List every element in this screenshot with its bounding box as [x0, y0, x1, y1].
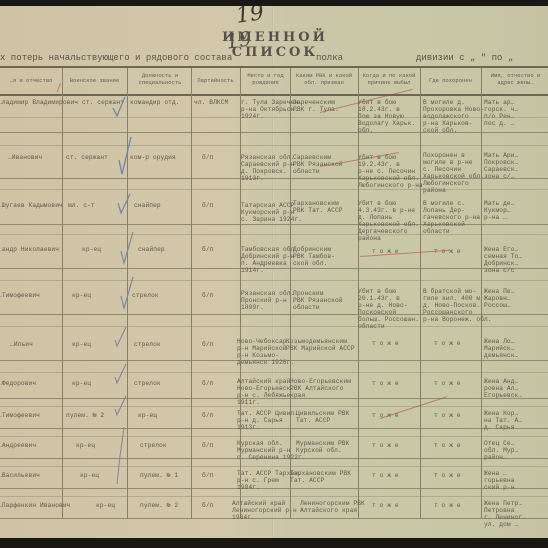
cell-rank: кр-ец: [76, 442, 95, 449]
cell-rank: кр-ец: [80, 472, 99, 479]
col-rule: [420, 68, 421, 518]
cell-buried: т о ж е: [434, 412, 461, 419]
checkmark-icon: [120, 231, 134, 265]
cell-draft: Цивильским РВК Тат. АССР: [296, 410, 349, 424]
cell-rank: мл. с-т: [68, 202, 95, 209]
cell-spouse: Мать де… Кукмор… р-на …: [484, 200, 515, 221]
cell-party: чл. ВЛКСМ: [194, 99, 228, 106]
cell-birth: Алтайский край Ново-Егорьевск. р-н с. Ле…: [237, 378, 294, 406]
cell-birth: Рязанская обл. Пронский р-н 1899г.: [241, 290, 294, 311]
cell-spouse: Жена … горьевна ский р-н: [484, 470, 515, 491]
cell-name: …Федорович: [0, 380, 36, 387]
cell-spouse: Жена Анд… ровна Ал… Егорьевск…: [484, 378, 522, 399]
cell-party: б/п: [202, 246, 213, 253]
cell-rank: пулем. № 2: [66, 412, 104, 419]
cell-when-why: т о ж е: [372, 380, 399, 387]
cell-position: стрелок: [132, 292, 159, 299]
cell-spouse: Жена Пе… Жаровн… Россош…: [484, 288, 515, 309]
row-rule: [0, 496, 548, 497]
cell-when-why: т о ж е: [372, 442, 399, 449]
cell-when-why: т о ж е: [372, 472, 399, 479]
checkmark-icon: [118, 136, 132, 176]
cell-when-why: Убит в бою 20.1.43г. в р-не д. Ново- Пос…: [358, 288, 419, 330]
cell-party: б/п: [202, 202, 213, 209]
cell-rank: кр-ец: [96, 502, 115, 509]
cell-buried: В братской мо- гиле кил. 400 м д. Ново-П…: [423, 288, 492, 323]
cell-name: …ладимир Владимирович: [0, 99, 78, 106]
cell-name: …Тимофеевич: [0, 292, 40, 299]
cell-name: …Тимофеевич: [0, 412, 40, 419]
row-rule: [0, 280, 548, 281]
table-top-rule: [0, 66, 548, 68]
cell-rank: кр-ец: [82, 246, 101, 253]
cell-party: б/п: [202, 154, 213, 161]
row-rule: [0, 372, 548, 373]
cell-rank: кр-ец: [72, 380, 91, 387]
cell-position: пулем. № 1: [140, 472, 178, 479]
cell-buried: т о ж е: [434, 340, 461, 347]
row-rule: [0, 145, 548, 146]
cell-name: …Иванович: [8, 154, 42, 161]
cell-name: …андр Николаевич: [0, 246, 59, 253]
checkmark-icon: [114, 395, 128, 417]
cell-position: командир отд.: [130, 99, 180, 106]
header-buried: Где похоронен: [420, 77, 481, 84]
document-sheet: 19 19 ИМЕННОЙ СПИСОК х потерь начальству…: [0, 6, 548, 538]
cell-party: б/п: [202, 502, 213, 509]
cell-party: б/п: [202, 292, 213, 299]
cell-position: кр-ец: [138, 412, 157, 419]
cell-buried: т о ж е: [434, 472, 461, 479]
cell-draft: Лениногорским РВК Алтайского края: [300, 500, 365, 514]
cell-spouse: Жена Петр… Петровна г. Лениног… ул. дом …: [484, 500, 526, 528]
cell-draft: Сараевским РВК Рязанской области: [293, 154, 343, 175]
cell-name: …Парфенкин Иванович: [0, 502, 70, 509]
cell-position: снайпер: [134, 202, 161, 209]
cell-draft: Мурманским РВК Курской обл.: [296, 440, 349, 454]
cell-when-why: т о ж е: [372, 502, 399, 509]
cell-name: …Андреевич: [0, 442, 36, 449]
row-rule: [0, 466, 548, 467]
cell-spouse: Жена Кор… на Тат. А… д. Сарья: [484, 410, 522, 431]
cell-rank: кр-ец: [72, 292, 91, 299]
header-position: Должность и специальность: [130, 72, 190, 86]
cell-buried: В могиле с. Лопань Дер- гачевского р-на …: [423, 200, 480, 235]
header-draft: Каким РВК и какой обл. призван: [292, 72, 356, 86]
cell-position: пулем. № 2: [140, 502, 178, 509]
cell-draft: Тархановским РВК Тат. АССР: [293, 200, 343, 214]
cell-draft: Ново-Егорьевским РВК Алтайского края: [290, 378, 351, 399]
row-rule: [0, 406, 548, 407]
cell-buried: В могиле д. Прохоровка Ново- водолажског…: [423, 99, 484, 134]
header-spouse: Имя, отчество и адрес жены…: [483, 72, 548, 86]
folio-number: 19: [234, 6, 265, 29]
cell-draft: Зареченским РВК г. Тула.: [293, 99, 339, 113]
cell-name: …Шугаев Кадымович: [0, 202, 63, 209]
cell-draft: Пронским РВК Рязанской области: [293, 290, 343, 311]
row-rule: [0, 436, 548, 437]
cell-position: стрелок: [140, 442, 167, 449]
cell-buried: т о ж е: [434, 502, 461, 509]
header-name: …я и отчество: [0, 77, 62, 84]
cell-rank: ст. сержант: [66, 154, 108, 161]
subtitle-losses: х потерь начальствующего и рядового сост…: [0, 53, 232, 63]
header-bottom-rule: [0, 94, 548, 96]
cell-birth: Тат. АССР Цивил. р-н д. Сарья 1913г.: [237, 410, 298, 431]
cell-party: б/п: [202, 412, 213, 419]
cell-when-why: Убит в бою 19.2.43г. в р-не с. Песочин Х…: [358, 154, 423, 189]
cell-rank: кр-ец: [72, 341, 91, 348]
cell-spouse: Жена Ло… Марийск… демьянск…: [484, 338, 518, 359]
pencil-stroke: [114, 426, 128, 486]
cell-spouse: Мать ар… горск. ч… п/о Рен… пос д. …: [484, 99, 518, 127]
cell-draft: Добринским РВК Тамбов- ской обл.: [293, 246, 335, 267]
cell-buried: т о ж е: [434, 380, 461, 387]
checkmark-icon: [114, 363, 128, 385]
cell-buried: т о ж е: [434, 442, 461, 449]
row-rule: [0, 326, 548, 327]
checkmark-icon: [112, 96, 126, 118]
cell-position: снайпер: [138, 246, 165, 253]
header-party: Партийность: [191, 77, 240, 84]
cell-spouse: Жена Его… семная То… Добринск… зона с/с: [484, 246, 522, 274]
cell-name: …Ильич: [10, 341, 33, 348]
red-pencil-mark: [57, 83, 61, 93]
header-when-why: Когда и по какой причине выбыл: [360, 72, 418, 86]
cell-spouse: Мать Ари… Покровск… Сараевск… зона с/…: [484, 152, 518, 180]
checkmark-icon: [114, 326, 128, 348]
checkmark-icon: [117, 193, 131, 215]
col-rule: [191, 68, 192, 518]
cell-position: стрелок: [134, 380, 161, 387]
cell-position: ком-р орудия: [130, 154, 176, 161]
cell-when-why: Убит в бою 4.3.43г. в р-не д. Лопань Хар…: [358, 200, 419, 242]
col-rule: [62, 68, 63, 518]
cell-buried: Похоронен в могиле в р-не с. Песочин Хар…: [423, 152, 484, 194]
cell-party: б/п: [202, 472, 213, 479]
cell-position: стрелок: [134, 341, 161, 348]
checkmark-icon: [120, 276, 134, 310]
cell-birth: Алтайский край Лениногорский р-н 1904г.: [232, 500, 297, 521]
cell-name: …Васильевич: [0, 472, 40, 479]
subtitle-regiment: полка: [316, 53, 343, 63]
subtitle-division: дивизии с „ " по „: [416, 53, 513, 63]
cell-birth: Рязанская обл. Сараевский р-н д. Покровс…: [241, 154, 294, 182]
header-birth: Место и год рождения: [243, 72, 288, 86]
cell-party: б/п: [202, 442, 213, 449]
cell-draft: Козьмодемьянским РВК Марийской АССР: [286, 338, 355, 352]
cell-when-why: Убит в бою 18.2.43г. в бою за Новую Водо…: [358, 99, 415, 134]
cell-birth: Тамбовская обл. Добринский р-н п. Андрее…: [241, 246, 298, 274]
cell-party: б/п: [202, 380, 213, 387]
cell-party: б/п: [202, 341, 213, 348]
header-rank: Воинское звание: [62, 77, 127, 84]
cell-when-why: т о ж е: [372, 340, 399, 347]
cell-draft: Тархановским РВК Тат. АССР: [290, 470, 351, 484]
cell-spouse: Отец Се… обл. Мур… район…: [484, 440, 518, 461]
